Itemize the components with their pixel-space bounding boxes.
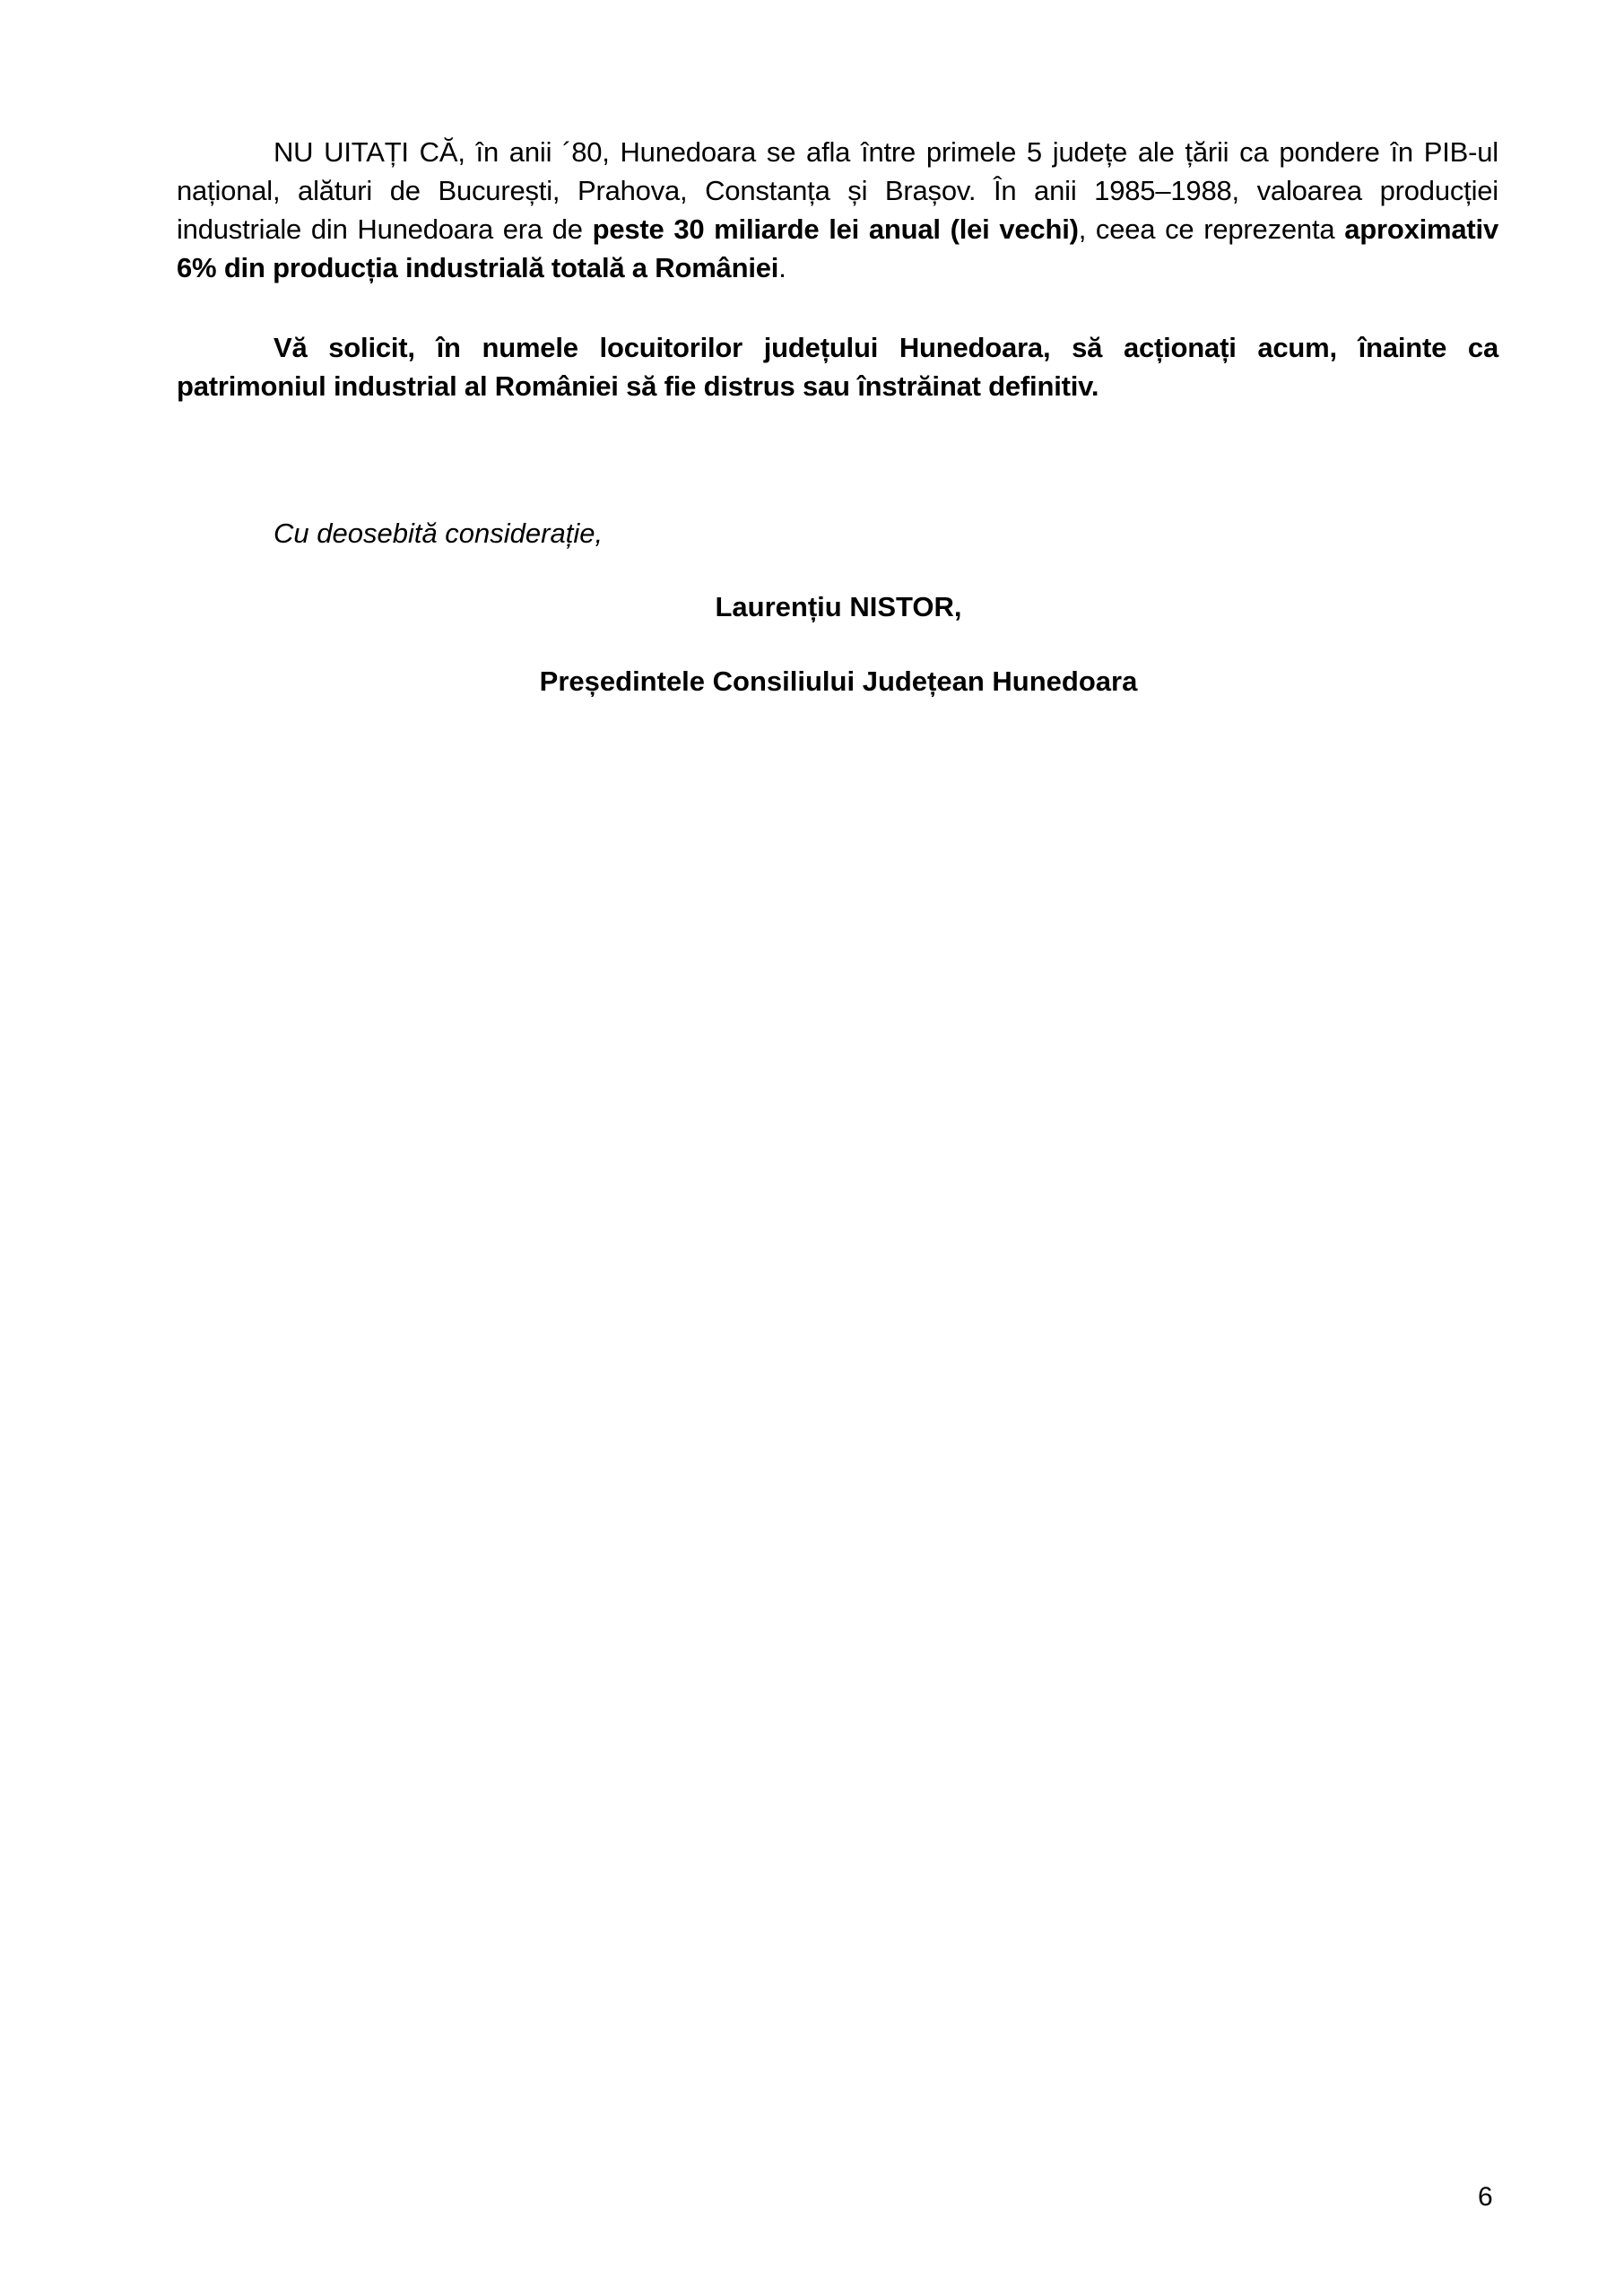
closing-salutation: Cu deosebită considerație, bbox=[274, 514, 603, 552]
document-page: NU UITAȚI CĂ, în anii ´80, Hunedoara se … bbox=[0, 0, 1624, 2296]
paragraph-industrial-history: NU UITAȚI CĂ, în anii ´80, Hunedoara se … bbox=[177, 133, 1498, 287]
paragraph-text: , ceea ce reprezenta bbox=[1079, 213, 1344, 245]
signatory-title: Președintele Consiliului Județean Hunedo… bbox=[0, 662, 1624, 700]
bold-production-value: peste 30 miliarde lei anual (lei vechi) bbox=[593, 213, 1079, 245]
paragraph-text: Vă solicit, în numele locuitorilor județ… bbox=[177, 332, 1498, 402]
paragraph-request: Vă solicit, în numele locuitorilor județ… bbox=[177, 328, 1498, 405]
paragraph-text: . bbox=[778, 252, 786, 283]
signatory-name: Laurențiu NISTOR, bbox=[0, 587, 1624, 626]
page-number: 6 bbox=[1478, 2181, 1493, 2213]
